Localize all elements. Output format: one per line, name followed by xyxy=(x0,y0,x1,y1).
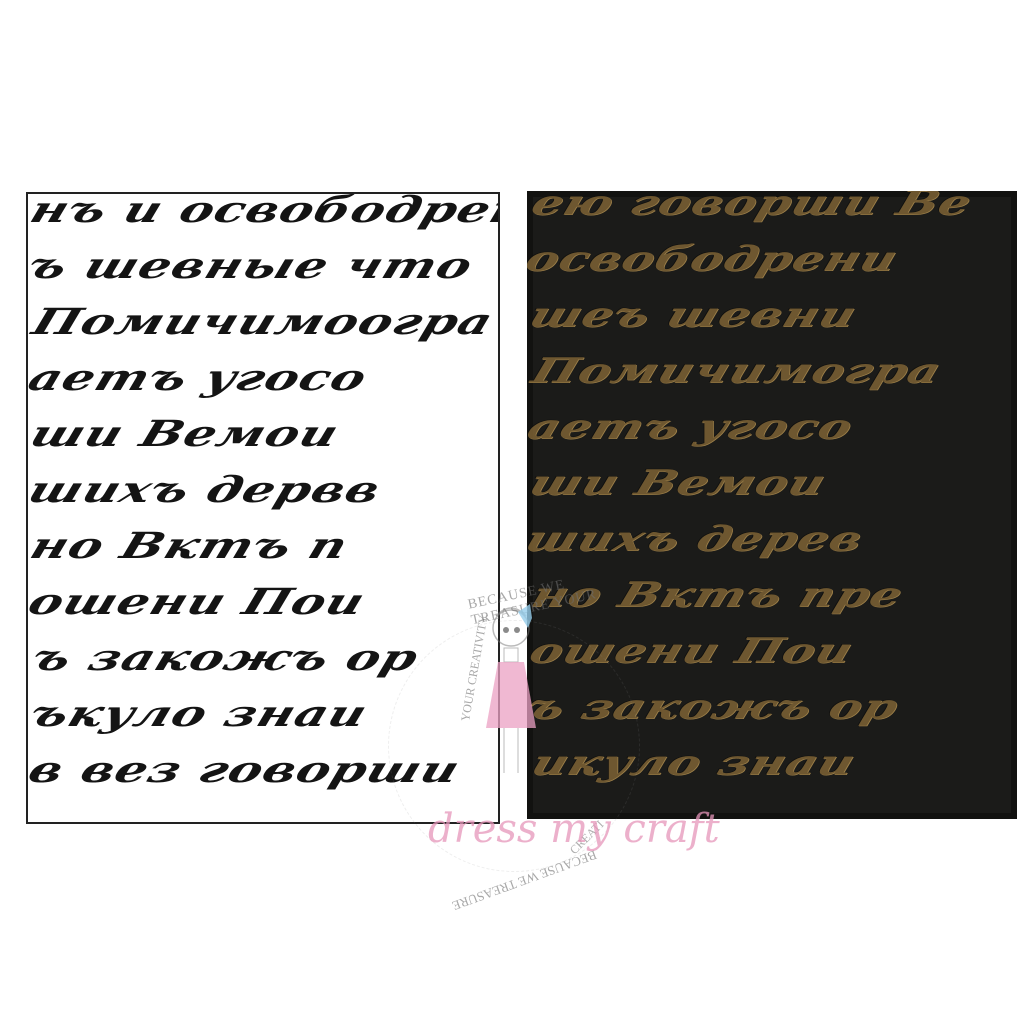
script-text-line: ъ шевные что xyxy=(26,244,479,286)
script-text-line: ошени Пои xyxy=(26,580,371,622)
script-text-line: ею говорши Ве xyxy=(527,191,978,223)
script-text-line: Помичимогра xyxy=(527,351,947,391)
script-text-line: ъ закожъ ор xyxy=(27,636,424,678)
script-text-line: аетъ угосо xyxy=(527,407,859,447)
script-text-line: в вез говорши xyxy=(26,748,466,790)
script-text-line: шеъ шевни xyxy=(527,295,862,335)
script-text-line: но Вктъ пре xyxy=(527,575,909,615)
script-text-line: Помичимоогра xyxy=(27,300,499,342)
script-text-line: ъ закожъ ор xyxy=(527,687,904,727)
script-text-line: ши Вемои xyxy=(26,412,345,454)
watermark-ring-text-right: CREATI xyxy=(567,817,607,857)
script-text-line: нъ и освободрени xyxy=(26,192,500,231)
script-text-line: икуло знаи xyxy=(527,743,861,783)
watermark-ring-text-bottom: BECAUSE WE TREASURE xyxy=(450,846,599,913)
script-text-line: аетъ угосо xyxy=(26,356,373,398)
script-text-line: ши Вемои xyxy=(527,463,832,503)
script-text-line: шихъ дерев xyxy=(527,519,869,559)
embossed-sample-panel: ею говорши Веосвободренишеъ шевниПомичим… xyxy=(527,191,1017,819)
stamp-design-panel: нъ и освободрениъ шевные чтоПомичимоогра… xyxy=(26,192,500,824)
script-text-line: шихъ дервв xyxy=(26,468,387,510)
script-text-line: освободрени xyxy=(527,239,903,279)
script-text-line: ъкуло знаи xyxy=(26,692,373,734)
script-text-line: ошени Пои xyxy=(527,631,859,671)
script-text-line: но Вктъ п xyxy=(26,524,354,566)
